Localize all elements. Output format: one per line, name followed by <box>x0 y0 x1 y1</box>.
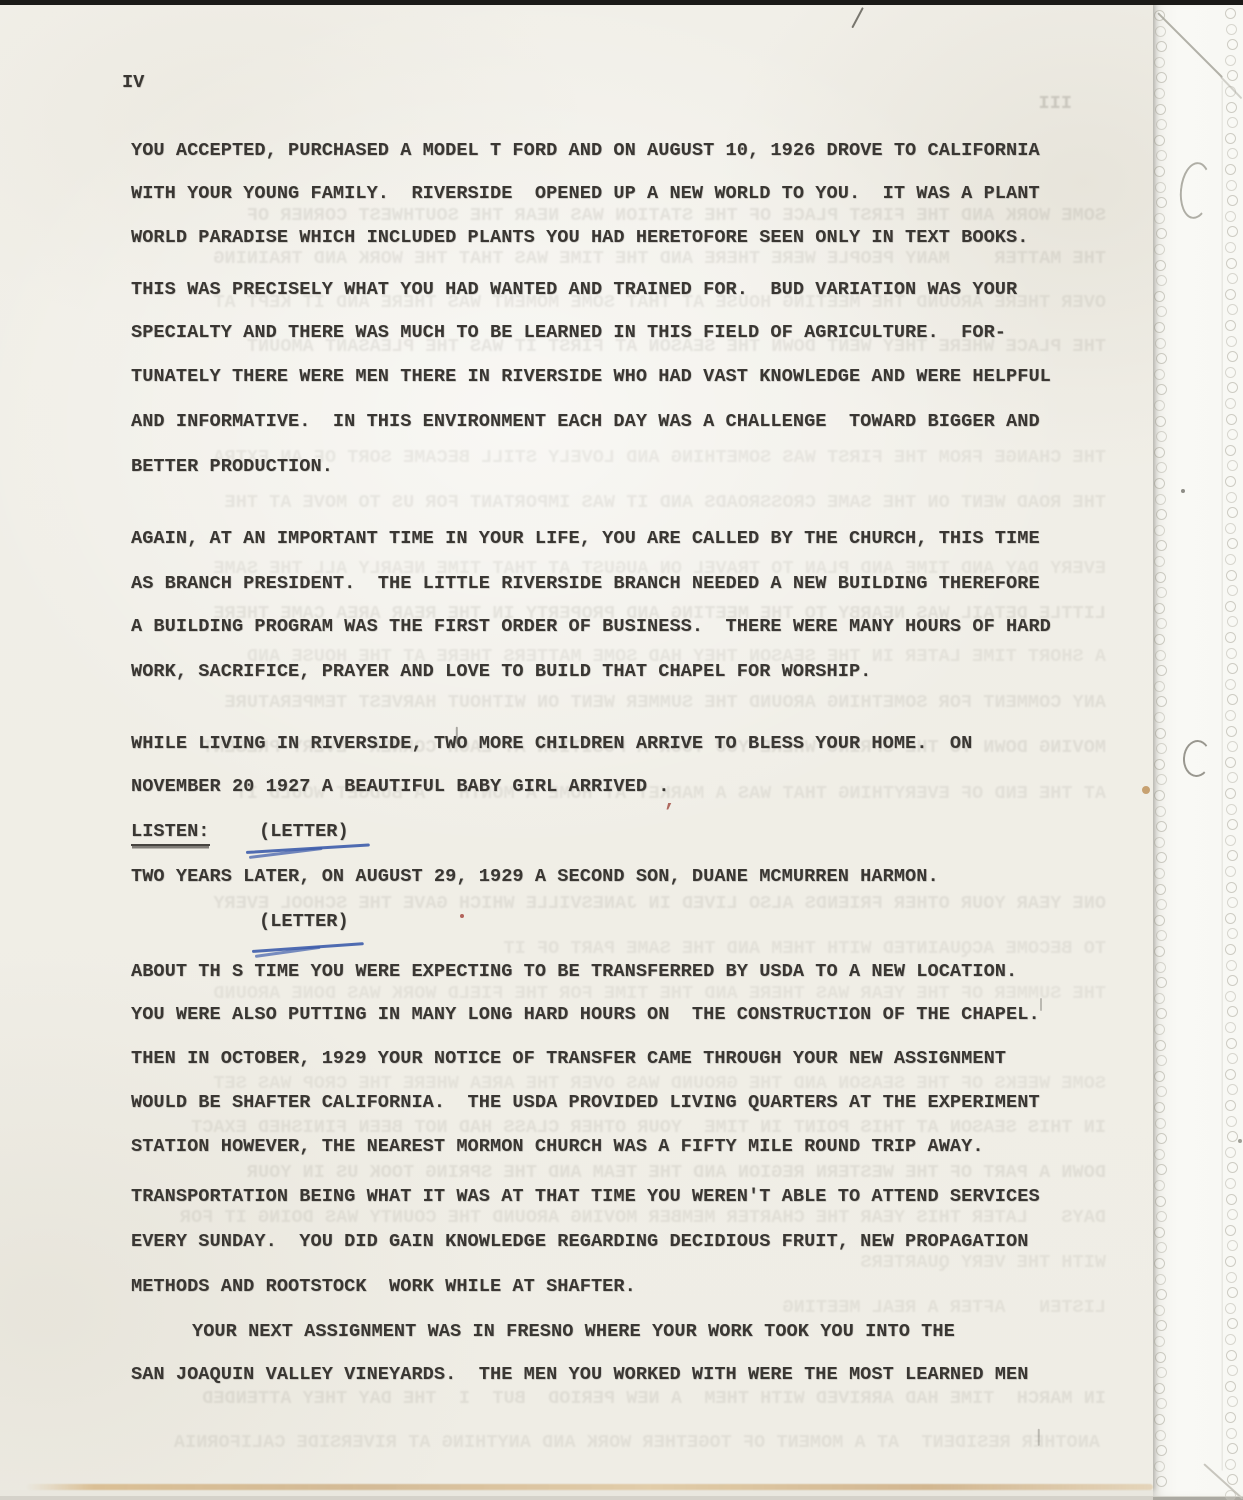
bleedthrough-line: THE MATTER MANY PEOPLE WERE THERE AND TH… <box>131 250 1106 269</box>
perforation-hole <box>1226 1428 1237 1439</box>
ink-speck: , <box>664 792 676 812</box>
perforation-hole <box>1155 1352 1166 1363</box>
perforation-hole <box>1226 414 1237 425</box>
perforation-hole <box>1156 1398 1167 1409</box>
typed-line: AS BRANCH PRESIDENT. THE LITTLE RIVERSID… <box>131 575 1040 594</box>
scanned-typewritten-page: IIISOME WORK AND THE FIRST PLACE OF THE … <box>0 0 1243 1500</box>
perforation-hole <box>1154 1180 1165 1191</box>
typed-line: YOU WERE ALSO PUTTING IN MANY LONG HARD … <box>131 1006 1040 1025</box>
typed-line: TRANSPORTATION BEING WHAT IT WAS AT THAT… <box>131 1188 1040 1207</box>
typed-line: STATION HOWEVER, THE NEAREST MORMON CHUR… <box>131 1138 984 1157</box>
perforation-hole <box>1225 242 1236 253</box>
perforation-hole <box>1154 1102 1165 1113</box>
perforation-hole <box>1227 382 1238 393</box>
perforation-hole <box>1156 1242 1167 1253</box>
perforation-hole <box>1155 104 1166 115</box>
perforation-hole <box>1154 1414 1165 1425</box>
bleedthrough-line: ANY COMMENT FOR SOMETHING AROUND THE SUM… <box>131 694 1106 713</box>
perforation-hole <box>1226 336 1237 347</box>
pen-mark <box>456 727 458 744</box>
perforation-hole <box>1226 102 1237 113</box>
typed-line: WORLD PARADISE WHICH INCLUDED PLANTS YOU… <box>131 229 1028 248</box>
perforation-hole <box>1156 618 1167 629</box>
perforation-hole <box>1155 1274 1166 1285</box>
perforation-hole <box>1225 164 1236 175</box>
perforation-hole <box>1156 1008 1167 1019</box>
perforation-hole <box>1225 1256 1236 1267</box>
perforation-hole <box>1226 648 1237 659</box>
perforation-hole <box>1154 1024 1165 1035</box>
perforation-hole <box>1156 462 1167 473</box>
perforation-hole <box>1225 710 1236 721</box>
perforation-hole <box>1156 930 1167 941</box>
typed-line: AGAIN, AT AN IMPORTANT TIME IN YOUR LIFE… <box>131 530 1040 549</box>
perforation-hole <box>1154 1258 1165 1269</box>
bleedthrough-line: LISTEN AFTER A REAL MEETING <box>131 1299 1106 1318</box>
pen-mark <box>1040 998 1042 1011</box>
typed-line: AND INFORMATIVE. IN THIS ENVIRONMENT EAC… <box>131 413 1040 432</box>
perforation-hole <box>1155 1196 1166 1207</box>
scan-bottom-line <box>0 1496 1243 1500</box>
perforation-hole <box>1225 554 1236 565</box>
perforation-hole <box>1156 852 1167 863</box>
perforation-hole <box>1156 1164 1167 1175</box>
perforation-hole <box>1227 772 1238 783</box>
perforation-hole <box>1154 946 1165 957</box>
perforation-hole <box>1155 260 1166 271</box>
ink-speck <box>1238 1139 1242 1143</box>
perforation-hole <box>1156 1086 1167 1097</box>
perforation-hole <box>1154 244 1165 255</box>
perforation-hole <box>1226 1350 1237 1361</box>
perforation-hole <box>1226 492 1237 503</box>
bleedthrough-line: ANOTHER RESIDENT AT A MOMENT OF TOGETHER… <box>160 1434 1100 1453</box>
typed-line: ABOUT TH S TIME YOU WERE EXPECTING TO BE… <box>131 963 1017 982</box>
typed-line: NOVEMBER 20 1927 A BEAUTIFUL BABY GIRL A… <box>131 778 669 797</box>
bleedthrough-line: DOWN A PART OF THE WESTERN REGION AND TH… <box>131 1164 1106 1183</box>
bleedthrough-line: SOME WORK AND THE FIRST PLACE OF THE STA… <box>131 207 1106 226</box>
perforation-hole <box>1155 182 1166 193</box>
typed-line: THEN IN OCTOBER, 1929 YOUR NOTICE OF TRA… <box>131 1050 1006 1069</box>
perforation-hole <box>1226 960 1237 971</box>
perforation-hole <box>1155 728 1166 739</box>
perforation-hole <box>1155 1040 1166 1051</box>
perforation-hole <box>1226 1194 1237 1205</box>
perforation-hole <box>1155 650 1166 661</box>
perforation-hole <box>1154 556 1165 567</box>
perforation-hole <box>1227 70 1238 81</box>
perforation-hole <box>1225 866 1236 877</box>
bleedthrough-line: THE SUMMER OF THE YEAR WAS THERE AND THE… <box>131 985 1106 1004</box>
typed-line: TWO YEARS LATER, ON AUGUST 29, 1929 A SE… <box>131 868 939 887</box>
perforation-hole <box>1226 180 1237 191</box>
sheet-edge-line <box>1221 81 1222 1471</box>
ink-speck <box>1142 786 1150 794</box>
perforation-hole <box>1156 696 1167 707</box>
perforation-hole <box>1156 306 1167 317</box>
perforation-hole <box>1156 774 1167 785</box>
perforation-hole <box>1225 398 1236 409</box>
perforation-hole <box>1155 1118 1166 1129</box>
perforation-hole <box>1155 494 1166 505</box>
bleedthrough-line: WITH THE VERY QUARTERS <box>131 1254 1106 1273</box>
perforation-hole <box>1156 228 1167 239</box>
perforation-hole <box>1225 1412 1236 1423</box>
typed-line: WITH YOUR YOUNG FAMILY. RIVERSIDE OPENED… <box>131 185 1040 204</box>
perforation-hole <box>1227 1318 1238 1329</box>
perforation-hole <box>1226 258 1237 269</box>
perforation-hole <box>1225 1100 1236 1111</box>
bleedthrough-line: III <box>1028 95 1072 114</box>
pen-mark <box>1038 1429 1040 1446</box>
perforation-hole <box>1155 416 1166 427</box>
typed-line: WORK, SACRIFICE, PRAYER AND LOVE TO BUIL… <box>131 663 871 682</box>
typed-line: WOULD BE SHAFTER CALIFORNIA. THE USDA PR… <box>131 1094 1040 1113</box>
perforation-hole <box>1226 1272 1237 1283</box>
perforation-hole <box>1225 788 1236 799</box>
perforation-hole <box>1225 1334 1236 1345</box>
perforation-hole <box>1154 712 1165 723</box>
perforation-hole <box>1154 1336 1165 1347</box>
perforation-hole <box>1225 1022 1236 1033</box>
page-number: IV <box>122 74 144 93</box>
perforation-hole <box>1155 26 1166 37</box>
perforation-hole <box>1227 538 1238 549</box>
typed-line: SAN JOAQUIN VALLEY VINEYARDS. THE MEN YO… <box>131 1366 1028 1385</box>
bleedthrough-line: IN THIS SEASON AT THIS POINT IN TIME YOU… <box>131 1119 1106 1138</box>
perforation-hole <box>1154 634 1165 645</box>
bleedthrough-line: SOME WEEKS OF THE SEASON AND THE GROUND … <box>131 1075 1106 1094</box>
typed-line: (LETTER) <box>259 913 349 932</box>
typed-line: TUNATELY THERE WERE MEN THERE IN RIVERSI… <box>131 368 1051 387</box>
perforation-hole <box>1226 726 1237 737</box>
perforation-hole <box>1155 338 1166 349</box>
perforation-hole <box>1227 694 1238 705</box>
perforation-hole <box>1225 320 1236 331</box>
perforation-hole <box>1226 882 1237 893</box>
bleedthrough-line: THE ROAD WENT ON THE SAME CROSSROADS AND… <box>131 494 1106 513</box>
typed-line: METHODS AND ROOTSTOCK WORK WHILE AT SHAF… <box>131 1278 636 1297</box>
perforation-hole <box>1227 1084 1238 1095</box>
page-bottom-edge-stain <box>26 1484 1153 1490</box>
perforation-hole <box>1156 384 1167 395</box>
perforation-hole <box>1155 884 1166 895</box>
typed-line: THIS WAS PRECISELY WHAT YOU HAD WANTED A… <box>131 281 1017 300</box>
perforation-hole <box>1227 148 1238 159</box>
typed-line: A BUILDING PROGRAM WAS THE FIRST ORDER O… <box>131 618 1051 637</box>
perforation-hole <box>1225 8 1236 19</box>
perforation-hole <box>1225 1178 1236 1189</box>
perforation-hole <box>1227 226 1238 237</box>
perforation-hole <box>1155 572 1166 583</box>
perforation-hole <box>1154 166 1165 177</box>
perforation-hole <box>1227 616 1238 627</box>
typed-line: (LETTER) <box>259 823 349 842</box>
perforation-hole <box>1227 850 1238 861</box>
perforation-hole <box>1227 928 1238 939</box>
perforation-hole <box>1154 322 1165 333</box>
perforation-hole <box>1154 478 1165 489</box>
perforation-hole <box>1154 868 1165 879</box>
bleedthrough-line: IN MARCH TIME HAD ARRIVED WITH THEM A NE… <box>131 1390 1106 1409</box>
typed-line: WHILE LIVING IN RIVERSIDE, TWO MORE CHIL… <box>131 735 972 754</box>
perforation-hole <box>1156 1476 1167 1487</box>
typed-line: YOU ACCEPTED, PURCHASED A MODEL T FORD A… <box>131 142 1040 161</box>
perforation-hole <box>1225 476 1236 487</box>
perforation-hole <box>1155 806 1166 817</box>
perforation-hole <box>1156 150 1167 161</box>
perforation-hole <box>1226 804 1237 815</box>
typed-line: SPECIALTY AND THERE WAS MUCH TO BE LEARN… <box>131 324 1006 343</box>
perforation-hole <box>1227 1162 1238 1173</box>
scan-top-strip <box>0 0 1243 5</box>
perforation-hole <box>1226 24 1237 35</box>
perforation-hole <box>1156 72 1167 83</box>
perforation-hole <box>1227 1396 1238 1407</box>
typed-line: YOUR NEXT ASSIGNMENT WAS IN FRESNO WHERE… <box>192 1323 955 1342</box>
perforation-hole <box>1227 1240 1238 1251</box>
perforation-hole <box>1155 1430 1166 1441</box>
perforation-hole <box>1154 400 1165 411</box>
perforation-hole <box>1227 304 1238 315</box>
typed-line: LISTEN: <box>131 823 210 846</box>
typed-line: BETTER PRODUCTION. <box>131 458 333 477</box>
typed-line: EVERY SUNDAY. YOU DID GAIN KNOWLEDGE REG… <box>131 1233 1028 1252</box>
perforation-hole <box>1226 1038 1237 1049</box>
perforation-hole <box>1225 632 1236 643</box>
perforation-hole <box>1156 540 1167 551</box>
perforation-hole <box>1227 460 1238 471</box>
perforation-hole <box>1154 790 1165 801</box>
perforation-hole <box>1226 570 1237 581</box>
perforation-hole <box>1156 1320 1167 1331</box>
perforation-hole <box>1227 1006 1238 1017</box>
perforation-hole <box>1154 88 1165 99</box>
bleedthrough-line: DAYS LATER THIS YEAR THE CHARTER MEMBER … <box>131 1209 1106 1228</box>
perforation-hole <box>1226 1116 1237 1127</box>
perforation-hole <box>1225 944 1236 955</box>
perforation-hole <box>1155 962 1166 973</box>
